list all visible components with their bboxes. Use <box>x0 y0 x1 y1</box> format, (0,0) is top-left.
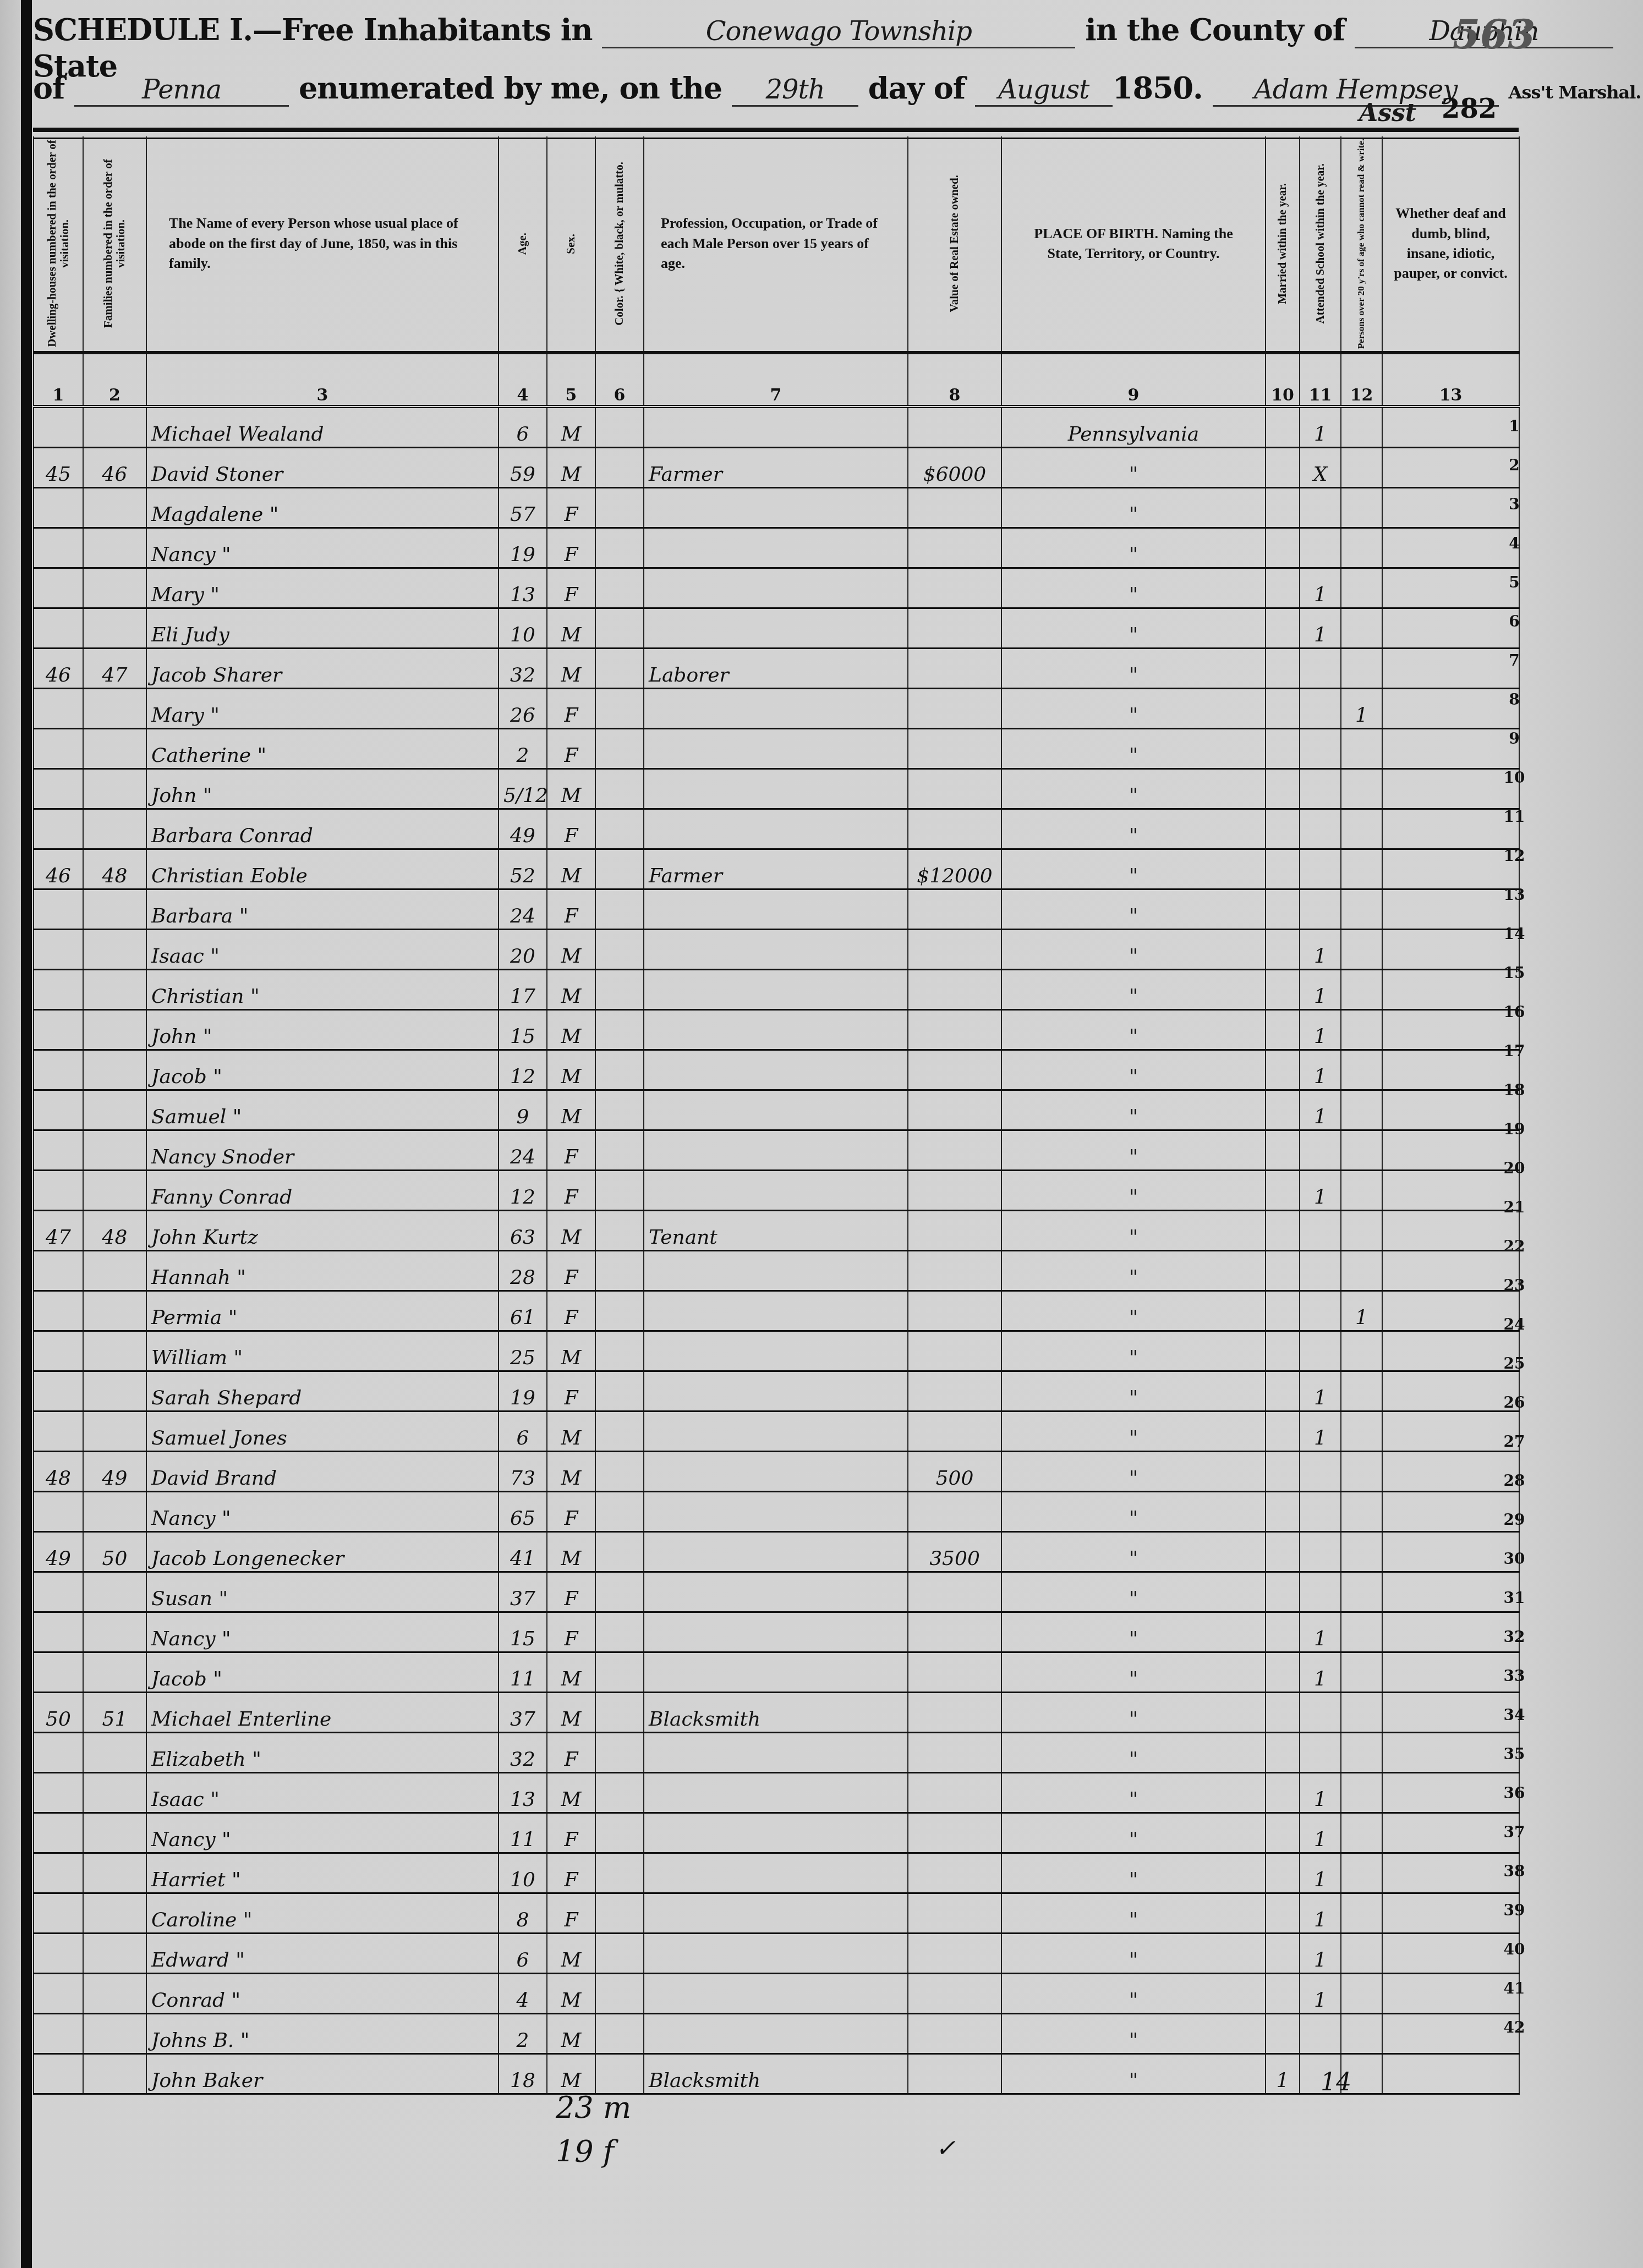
school-mark <box>1300 769 1341 809</box>
color <box>595 889 644 930</box>
person-name: David Stoner <box>146 448 499 488</box>
col-dwelling-header: Dwelling-houses numbered in the order of… <box>34 136 83 353</box>
color <box>595 1371 644 1412</box>
sex: F <box>547 1612 595 1652</box>
occupation <box>644 568 908 608</box>
real-estate-value <box>908 1893 1001 1934</box>
sex: M <box>547 1010 595 1050</box>
person-name: Michael Wealand <box>146 407 499 448</box>
real-estate-value <box>908 1171 1001 1211</box>
occupation <box>644 1412 908 1452</box>
line-number: 36 <box>1498 1784 1531 1802</box>
illiterate-mark <box>1341 1893 1382 1934</box>
dwelling-number <box>34 2014 83 2054</box>
occupation <box>644 1171 908 1211</box>
school-mark <box>1300 1733 1341 1773</box>
table-row: Permia "61F"1 <box>34 1291 1519 1331</box>
real-estate-value <box>908 1211 1001 1251</box>
sex: M <box>547 849 595 889</box>
illiterate-mark <box>1341 1251 1382 1291</box>
table-row: Mary "13F"1 <box>34 568 1519 608</box>
married-mark <box>1266 1612 1300 1652</box>
birthplace: " <box>1001 1612 1266 1652</box>
school-mark <box>1300 889 1341 930</box>
person-name: Harriet " <box>146 1853 499 1893</box>
line-number: 32 <box>1498 1628 1531 1646</box>
school-mark: 1 <box>1300 1974 1341 2014</box>
person-name: John Baker <box>146 2054 499 2094</box>
occupation <box>644 1733 908 1773</box>
married-mark <box>1266 1773 1300 1813</box>
married-mark <box>1266 1130 1300 1171</box>
sex: F <box>547 1853 595 1893</box>
birthplace: " <box>1001 2014 1266 2054</box>
color <box>595 689 644 729</box>
line-number: 40 <box>1498 1940 1531 1958</box>
married-mark <box>1266 2014 1300 2054</box>
illiterate-mark <box>1341 1532 1382 1572</box>
married-mark <box>1266 1693 1300 1733</box>
col-name-header: The Name of every Person whose usual pla… <box>146 136 499 353</box>
birthplace: " <box>1001 1090 1266 1130</box>
occupation: Blacksmith <box>644 2054 908 2094</box>
table-row: Jacob "11M"1 <box>34 1652 1519 1693</box>
color <box>595 1853 644 1893</box>
birthplace: Pennsylvania <box>1001 407 1266 448</box>
birthplace: " <box>1001 1773 1266 1813</box>
dwelling-number <box>34 1130 83 1171</box>
enumerated-label: enumerated by me, on the <box>299 70 722 106</box>
sex: F <box>547 1893 595 1934</box>
married-mark <box>1266 1452 1300 1492</box>
color <box>595 1773 644 1813</box>
line-number: 3 <box>1498 495 1531 513</box>
family-number <box>83 1291 146 1331</box>
color <box>595 1452 644 1492</box>
dwelling-number <box>34 1050 83 1090</box>
married-mark <box>1266 1934 1300 1974</box>
color <box>595 809 644 849</box>
married-mark <box>1266 809 1300 849</box>
real-estate-value <box>908 1371 1001 1412</box>
color <box>595 849 644 889</box>
age: 2 <box>499 2014 547 2054</box>
married-mark <box>1266 528 1300 568</box>
occupation: Blacksmith <box>644 1693 908 1733</box>
dwelling-number: 45 <box>34 448 83 488</box>
person-name: Jacob Longenecker <box>146 1532 499 1572</box>
age: 12 <box>499 1171 547 1211</box>
real-estate-value <box>908 649 1001 689</box>
age: 6 <box>499 1934 547 1974</box>
family-number <box>83 1371 146 1412</box>
person-name: Conrad " <box>146 1974 499 2014</box>
census-page: SCHEDULE I.—Free Inhabitants in Conewago… <box>0 0 1643 2268</box>
table-row: Barbara "24F" <box>34 889 1519 930</box>
family-number <box>83 1733 146 1773</box>
line-number: 34 <box>1498 1706 1531 1724</box>
color <box>595 1532 644 1572</box>
table-row: John "5/12M" <box>34 769 1519 809</box>
birthplace: " <box>1001 849 1266 889</box>
col-school-header: Attended School within the year. <box>1300 136 1341 353</box>
dwelling-number <box>34 1572 83 1612</box>
real-estate-value <box>908 568 1001 608</box>
married-mark <box>1266 1652 1300 1693</box>
school-mark <box>1300 809 1341 849</box>
birthplace: " <box>1001 1452 1266 1492</box>
line-number: 19 <box>1498 1120 1531 1138</box>
family-number <box>83 407 146 448</box>
table-row: Nancy "19F" <box>34 528 1519 568</box>
occupation <box>644 407 908 448</box>
illiterate-mark <box>1341 849 1382 889</box>
birthplace: " <box>1001 2054 1266 2094</box>
dwelling-number <box>34 1331 83 1371</box>
color <box>595 528 644 568</box>
married-mark <box>1266 729 1300 769</box>
married-mark <box>1266 488 1300 528</box>
dwelling-number <box>34 1291 83 1331</box>
col-birthplace-header: PLACE OF BIRTH. Naming the State, Territ… <box>1001 136 1266 353</box>
sex: F <box>547 889 595 930</box>
line-number: 41 <box>1498 1979 1531 1997</box>
color <box>595 1733 644 1773</box>
occupation <box>644 930 908 970</box>
color <box>595 1090 644 1130</box>
color <box>595 1492 644 1532</box>
family-number <box>83 1171 146 1211</box>
family-number <box>83 568 146 608</box>
sex: F <box>547 729 595 769</box>
person-name: Johns B. " <box>146 2014 499 2054</box>
tally-female: 19 f <box>556 2134 614 2169</box>
table-row: 5051Michael Enterline37MBlacksmith" <box>34 1693 1519 1733</box>
birthplace: " <box>1001 448 1266 488</box>
table-row: Nancy "11F"1 <box>34 1813 1519 1853</box>
birthplace: " <box>1001 608 1266 649</box>
illiterate-mark <box>1341 1773 1382 1813</box>
illiterate-mark <box>1341 1371 1382 1412</box>
married-mark <box>1266 930 1300 970</box>
occupation <box>644 1050 908 1090</box>
table-row: 4950Jacob Longenecker41M3500" <box>34 1532 1519 1572</box>
color <box>595 1412 644 1452</box>
family-number <box>83 769 146 809</box>
person-name: Jacob " <box>146 1652 499 1693</box>
person-name: Nancy Snoder <box>146 1130 499 1171</box>
married-mark <box>1266 1251 1300 1291</box>
occupation <box>644 2014 908 2054</box>
sex: M <box>547 1773 595 1813</box>
school-mark <box>1300 1532 1341 1572</box>
school-mark: 1 <box>1300 407 1341 448</box>
illiterate-mark <box>1341 1050 1382 1090</box>
age: 26 <box>499 689 547 729</box>
occupation <box>644 1974 908 2014</box>
age: 32 <box>499 1733 547 1773</box>
sex: F <box>547 1733 595 1773</box>
school-mark <box>1300 1452 1341 1492</box>
birthplace: " <box>1001 1371 1266 1412</box>
real-estate-value <box>908 1693 1001 1733</box>
married-mark <box>1266 448 1300 488</box>
asst-note: Asst <box>1359 99 1416 127</box>
school-mark <box>1300 1211 1341 1251</box>
table-row: Christian "17M"1 <box>34 970 1519 1010</box>
family-number <box>83 1492 146 1532</box>
illiterate-mark <box>1341 889 1382 930</box>
age: 52 <box>499 849 547 889</box>
dwelling-number <box>34 1813 83 1853</box>
school-mark <box>1300 1291 1341 1331</box>
age: 6 <box>499 1412 547 1452</box>
married-mark <box>1266 1050 1300 1090</box>
person-name: Isaac " <box>146 1773 499 1813</box>
col-number: 9 <box>1001 353 1266 407</box>
family-number <box>83 1090 146 1130</box>
occupation <box>644 689 908 729</box>
age: 24 <box>499 1130 547 1171</box>
color <box>595 1171 644 1211</box>
age: 37 <box>499 1693 547 1733</box>
person-name: John " <box>146 1010 499 1050</box>
birthplace: " <box>1001 568 1266 608</box>
dwelling-number: 46 <box>34 849 83 889</box>
age: 13 <box>499 568 547 608</box>
family-number <box>83 528 146 568</box>
real-estate-value <box>908 1853 1001 1893</box>
school-mark <box>1300 1572 1341 1612</box>
dwelling-number <box>34 528 83 568</box>
schedule-label: SCHEDULE I.—Free Inhabitants in <box>33 12 593 47</box>
family-number <box>83 1572 146 1612</box>
line-number: 27 <box>1498 1432 1531 1451</box>
married-mark <box>1266 568 1300 608</box>
person-name: Elizabeth " <box>146 1733 499 1773</box>
col-number: 13 <box>1382 353 1519 407</box>
real-estate-value <box>908 407 1001 448</box>
family-number <box>83 1893 146 1934</box>
married-mark <box>1266 1371 1300 1412</box>
sex: M <box>547 1693 595 1733</box>
illiterate-mark: 1 <box>1341 689 1382 729</box>
age: 32 <box>499 649 547 689</box>
family-number <box>83 930 146 970</box>
married-mark <box>1266 407 1300 448</box>
real-estate-value <box>908 488 1001 528</box>
sex: M <box>547 769 595 809</box>
age: 15 <box>499 1010 547 1050</box>
color <box>595 1010 644 1050</box>
age: 8 <box>499 1893 547 1934</box>
school-mark: 1 <box>1300 1412 1341 1452</box>
dwelling-number <box>34 407 83 448</box>
illiterate-mark <box>1341 729 1382 769</box>
sex: M <box>547 1090 595 1130</box>
occupation <box>644 488 908 528</box>
occupation <box>644 1130 908 1171</box>
school-mark: 1 <box>1300 1934 1341 1974</box>
table-row: Sarah Shepard19F"1 <box>34 1371 1519 1412</box>
line-number: 30 <box>1498 1550 1531 1568</box>
color <box>595 649 644 689</box>
color <box>595 568 644 608</box>
color <box>595 2054 644 2094</box>
real-estate-value <box>908 1010 1001 1050</box>
person-name: Jacob Sharer <box>146 649 499 689</box>
real-estate-value: $12000 <box>908 849 1001 889</box>
birthplace: " <box>1001 889 1266 930</box>
table-row: Isaac "20M"1 <box>34 930 1519 970</box>
sex: M <box>547 930 595 970</box>
family-number <box>83 1773 146 1813</box>
dwelling-number <box>34 1492 83 1532</box>
married-mark <box>1266 1171 1300 1211</box>
line-number: 12 <box>1498 847 1531 865</box>
day-field: 29th <box>732 74 858 107</box>
dwelling-number <box>34 488 83 528</box>
col-number: 10 <box>1266 353 1300 407</box>
family-number <box>83 608 146 649</box>
condition <box>1382 2054 1519 2094</box>
family-number <box>83 1974 146 2014</box>
school-mark: X <box>1300 448 1341 488</box>
person-name: Catherine " <box>146 729 499 769</box>
sex: F <box>547 1130 595 1171</box>
married-mark <box>1266 1010 1300 1050</box>
family-number <box>83 1412 146 1452</box>
age: 17 <box>499 970 547 1010</box>
illiterate-mark <box>1341 1492 1382 1532</box>
line-number: 5 <box>1498 573 1531 591</box>
school-mark: 1 <box>1300 1050 1341 1090</box>
dwelling-number <box>34 729 83 769</box>
table-row: Isaac "13M"1 <box>34 1773 1519 1813</box>
dwelling-number <box>34 689 83 729</box>
sex: M <box>547 2014 595 2054</box>
real-estate-value <box>908 1291 1001 1331</box>
page-number-printed: 282 <box>1442 94 1497 124</box>
table-row: Jacob "12M"1 <box>34 1050 1519 1090</box>
family-number: 48 <box>83 1211 146 1251</box>
school-mark: 1 <box>1300 930 1341 970</box>
person-name: Nancy " <box>146 528 499 568</box>
table-row: Conrad "4M"1 <box>34 1974 1519 2014</box>
age: 59 <box>499 448 547 488</box>
line-number: 37 <box>1498 1823 1531 1841</box>
age: 73 <box>499 1452 547 1492</box>
table-row: 4648Christian Eoble52MFarmer$12000" <box>34 849 1519 889</box>
illiterate-mark <box>1341 1733 1382 1773</box>
sex: M <box>547 608 595 649</box>
family-number <box>83 1813 146 1853</box>
age: 19 <box>499 1371 547 1412</box>
age: 19 <box>499 528 547 568</box>
col-number: 7 <box>644 353 908 407</box>
dwelling-number <box>34 608 83 649</box>
school-mark: 1 <box>1300 970 1341 1010</box>
married-mark <box>1266 689 1300 729</box>
color <box>595 1974 644 2014</box>
line-number: 15 <box>1498 964 1531 982</box>
occupation: Farmer <box>644 448 908 488</box>
illiterate-mark <box>1341 1412 1382 1452</box>
color <box>595 1291 644 1331</box>
line-number: 17 <box>1498 1042 1531 1060</box>
age: 10 <box>499 608 547 649</box>
school-mark: 1 <box>1300 1090 1341 1130</box>
age: 65 <box>499 1492 547 1532</box>
person-name: David Brand <box>146 1452 499 1492</box>
birthplace: " <box>1001 689 1266 729</box>
school-mark <box>1300 528 1341 568</box>
sex: M <box>547 1331 595 1371</box>
real-estate-value <box>908 1974 1001 2014</box>
married-mark <box>1266 608 1300 649</box>
family-number <box>83 889 146 930</box>
day-of-label: day of <box>868 70 965 106</box>
real-estate-value <box>908 1090 1001 1130</box>
col-value-header: Value of Real Estate owned. <box>908 136 1001 353</box>
dwelling-number <box>34 1612 83 1652</box>
married-mark <box>1266 649 1300 689</box>
birthplace: " <box>1001 1050 1266 1090</box>
occupation: Laborer <box>644 649 908 689</box>
occupation <box>644 1251 908 1291</box>
family-number <box>83 2014 146 2054</box>
sex: M <box>547 2054 595 2094</box>
sex: M <box>547 970 595 1010</box>
color <box>595 1813 644 1853</box>
married-mark <box>1266 1974 1300 2014</box>
line-number: 8 <box>1498 690 1531 709</box>
table-row: Magdalene "57F" <box>34 488 1519 528</box>
real-estate-value <box>908 1572 1001 1612</box>
birthplace: " <box>1001 528 1266 568</box>
col-number: 12 <box>1341 353 1382 407</box>
school-mark: 1 <box>1300 1010 1341 1050</box>
illiterate-mark <box>1341 488 1382 528</box>
marshal-label: Ass't Marshal. <box>1509 82 1641 103</box>
real-estate-value <box>908 1492 1001 1532</box>
sex: F <box>547 1492 595 1532</box>
dwelling-number <box>34 970 83 1010</box>
real-estate-value <box>908 1331 1001 1371</box>
color <box>595 1130 644 1171</box>
person-name: Samuel " <box>146 1090 499 1130</box>
dwelling-number: 49 <box>34 1532 83 1572</box>
table-row: Susan "37F" <box>34 1572 1519 1612</box>
color <box>595 930 644 970</box>
birthplace: " <box>1001 970 1266 1010</box>
real-estate-value: 500 <box>908 1452 1001 1492</box>
dwelling-number <box>34 930 83 970</box>
dwelling-number <box>34 1974 83 2014</box>
dwelling-number: 48 <box>34 1452 83 1492</box>
real-estate-value <box>908 809 1001 849</box>
col-number: 6 <box>595 353 644 407</box>
family-number <box>83 1010 146 1050</box>
dwelling-number <box>34 1652 83 1693</box>
dwelling-number <box>34 889 83 930</box>
table-row: Samuel Jones6M"1 <box>34 1412 1519 1452</box>
person-name: Hannah " <box>146 1251 499 1291</box>
col-number: 3 <box>146 353 499 407</box>
census-table: Dwelling-houses numbered in the order of… <box>33 136 1520 2095</box>
line-number: 7 <box>1498 651 1531 669</box>
line-number: 11 <box>1498 808 1531 826</box>
